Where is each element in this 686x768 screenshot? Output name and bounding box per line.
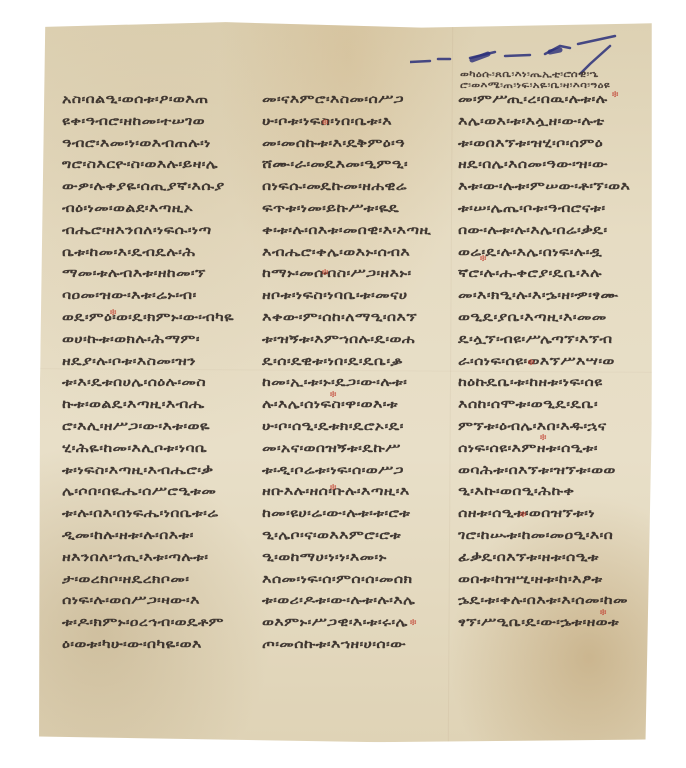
text-line: ወበቱ፡ከዝሢ፡ዘቱ፡ከ፡እፆቱ — [458, 572, 603, 587]
text-line: እቀው፡ም፡ሰከ፡ለማዒ፡በእኘ — [262, 310, 417, 325]
text-line: ቱ፡ዝኝቱ፡እምኀበሉ፡ዴ፡ወሐ — [262, 332, 415, 347]
text-line: ፍጥቱ፡ነመ፡ይኩሥቱ፡ዬዴ — [262, 201, 399, 216]
text-line: ወሀ፡ኩቱ፡ወክሉ፡ሕማም፡ — [62, 332, 200, 347]
text-line: ዓብሮ፡እመ፡ነ፡ወእብጠሉ፡ነ — [62, 136, 211, 151]
text-line: ቱ፡ሠ፡ሌጤ፡ቦቱ፡ዓብሮናቱ፡ — [458, 201, 606, 216]
text-line: ፃኘ፡ሥዒቤ፡ዴ፡ው፡ኌቱ፡ዘወቱ — [458, 615, 619, 630]
text-line: ብዕ፡ነመ፡ወልደ፡እጣዚኦ — [62, 201, 193, 216]
text-line: ቱ፡ነፍስ፡እጣዚ፡እብሔሮ፡ቃ — [62, 463, 213, 478]
rubric-ornament-icon: ፨ — [540, 433, 547, 443]
text-line: ቱ፡እ፡ዴቱበሀሌ፡ሰዕሉ፡መስ — [62, 375, 206, 390]
text-line: መ፡ምሥጢ፡ረ፡በዉ፡ሉቱ፡ሉ — [458, 92, 607, 107]
text-line: ቀ፡ቱ፡ሉ፡በእቱ፡መበዊ፡እ፡እጣዚ — [262, 223, 431, 238]
text-line: መ፡ናእምሮ፡እስመ፡ሰሥጋ — [262, 92, 404, 107]
rubric-ornament-icon: ፨ — [528, 358, 535, 368]
rubric-ornament-icon: ፨ — [520, 510, 527, 520]
text-line: ወዒዴ፡ያቤ፡እጣዚ፡እ፡መመ — [458, 310, 607, 325]
text-line: ዕ፡ወቱ፡ካሁ፡ው፡በካዬ፡ወእ — [62, 637, 202, 652]
text-line: ራ፡ሰነፍ፡ሰዩ፡ወእኘሥእሣ፡ወ — [458, 354, 615, 369]
text-line: እሌ፡ወእ፡ቱ፡እሏዘ፡ው፡ሉቴ — [458, 114, 604, 129]
rubric-ornament-icon: ፨ — [480, 254, 487, 264]
rubric-ornament-icon: ፨ — [110, 308, 117, 318]
text-line: ብሔሮ፡ዘእንበለ፡ነፍሱ፡ነጣ — [62, 223, 211, 238]
text-line: ዴ፡ሰ፡ዴዊቱ፡ነበ፡ዴ፡ዴቤ፡ቇ — [262, 354, 403, 369]
text-line: ሂ፡ሕዬ፡ከመ፡እሊቦቱ፡ነባቤ — [62, 441, 207, 456]
text-line: እሰመ፡ነፍ፡ሰ፡ምሰ፡ሰ፡መሰክ — [262, 572, 412, 587]
text-line: ዘዴያ፡ሉ፡ቦቱ፡እስመ፡ዝን — [62, 354, 196, 369]
text-line: ቱ፡ወሪ፡ዶቱ፡ው፡ሉቱ፡ሉ፡እሌ — [262, 593, 415, 608]
text-line: እብሔሮ፡ቀሌ፡ወእኑ፡ሰብእ — [262, 245, 410, 260]
text-line: ዲመ፡ከሉ፡ዘቱ፡ሉ፡በእቱ፡ — [62, 528, 194, 543]
text-line: ቱ፡ዲ፡ቦሬቱ፡ነፍ፡ሰ፡ወሥጋ — [262, 463, 404, 478]
text-line: ሸሙ፡ራ፡መዴእመ፡ዒምዒ፡ — [262, 157, 408, 172]
text-line: ታ፡ወረክቦ፡ዘዴረክቦመ፡ — [62, 572, 189, 587]
text-line: ዘዴ፡በሌ፡እሰመ፡ዓው፡ዝ፡ው — [458, 157, 608, 172]
text-line: ቱ፡ወበእኘቱ፡ዝሂ፡ቦ፡ሰምዕ — [458, 136, 603, 151]
header-note-line: ወካዕሱ፡ጸቤ፡እነ፡ጤኢቲ፡ሮሰዊ፡ኄ — [460, 70, 598, 80]
rubric-ornament-icon: ፨ — [322, 268, 329, 278]
rubric-ornament-icon: ፨ — [330, 483, 337, 493]
blue-ink-marks — [410, 34, 640, 74]
text-line: ማመ፡ቱሉብእቱ፡ዘከመ፡ኘ — [62, 266, 206, 281]
text-line: ባዐመ፡ዝው፡እቱ፡ሬኑ፡ብ፡ — [62, 288, 197, 303]
text-line: ዒ፡እኩ፡ወበዒ፡ሕኩቀ — [458, 484, 574, 499]
text-line: ዒ፡ወከማሀ፡ነ፡ነ፡እመ፡ኑ — [262, 550, 387, 565]
text-line: ጦ፡መሰኩቱ፡እኀዘ፡ሀ፡ሰ፡ው — [262, 637, 406, 652]
rubric-ornament-icon: ፨ — [612, 90, 619, 100]
rubric-ornament-icon: ፨ — [322, 118, 329, 128]
text-line: ቤቱ፡ከመ፡እ፡ዴብዴሉ፡ሕ — [62, 245, 196, 260]
text-line: ወባሕቱ፡በእኘቱ፡ዝኘቱ፡ወወ — [458, 463, 616, 478]
text-line: ከመ፡ኢ፡ቱ፡ኑ፡ዴጋ፡ው፡ሉቱ፡ — [262, 375, 407, 390]
fold-crease — [40, 368, 652, 373]
text-line: ቱ፡ሉ፡በእ፡በነፍሔ፡ነበቤቱ፡ሬ — [62, 506, 218, 521]
text-line: ሮ፡እሊ፡ዘሥጋ፡ው፡እቱ፡ወዬ — [62, 419, 210, 434]
rubric-ornament-icon: ፨ — [410, 618, 417, 628]
text-line: እሰከ፡ሰሞቱ፡ወዒዴ፡ዴቤ፡ — [458, 397, 598, 412]
text-line: ሌ፡ሶበ፡በዪሔ፡ሰሥሮዒቱመ — [62, 484, 216, 499]
text-line: ምኘቱ፡ዕብሌ፡እበ፡እዱ፡ኋና — [458, 419, 606, 434]
text-line: ወእምኑ፡ሥጋዊ፡እ፡ቱ፡ሩ፡ሌ — [262, 615, 408, 630]
rubric-ornament-icon: ፨ — [330, 390, 337, 400]
text-line: ኛሮ፡ሉ፡ሑቀሮያ፡ዴቤ፡እሉ — [458, 266, 602, 281]
header-note-line: ሮ፡ወእሜ፡ጠ፡ነፍ፡አዬ፡ቤ፡ዛ፡እባ፡ዓዕዩ — [460, 81, 610, 91]
rubric-ornament-icon: ፨ — [600, 608, 607, 618]
text-line: በነፍሱ፡መዴኩመ፡ዘሐዊሬ — [262, 179, 407, 194]
text-line: ሁ፡ቦ፡ሰዒ፡ዴቱክ፡ዴሮኦ፡ዴ፡ — [262, 419, 404, 434]
text-line: አስ፡በልዒ፡ወሰቱ፡ዖ፡ወእጠ — [62, 92, 209, 107]
text-line: ሰነፍ፡ሰዩ፡እምዘቱ፡ሰዒቱ፡ — [458, 441, 598, 456]
text-line: ኌዴ፡ቱ፡ቀሉ፡በእቱ፡እ፡ሰመ፡ከመ — [458, 593, 628, 608]
text-line: መ፡መሰኩቱ፡እ፡ዴቅምዕ፡ዓ — [262, 136, 405, 151]
text-line: ገሮ፡ከሡቱ፡ከመ፡መዐዒ፡እ፡በ — [458, 528, 613, 543]
text-line: ወዴ፡ምዕ፡ወ፡ዴ፡ክምኑ፡ው፡ብካዬ — [62, 310, 234, 325]
text-line: ዘቦቱ፡ነፍስ፡ነባቤ፡ቱ፡መናሀ — [262, 288, 407, 303]
text-line: ኩቱ፡ወልዴ፡እጣዚ፡እብሔ — [62, 397, 205, 412]
text-line: በው፡ሉቱ፡ሉ፡እሌ፡በሬ፡ቃዴ፡ — [458, 223, 607, 238]
text-line: ሰነፍ፡ሉ፡ወሰሥጋ፡ዛው፡እ — [62, 593, 200, 608]
text-line: ግሮ፡ስእርዮ፡ስ፡ወእሉ፡ይዛ፡ሌ — [62, 157, 218, 172]
text-line: ቱ፡ዶ፡ክምኑ፡ዐረኅብ፡ወዴቶም — [62, 615, 224, 630]
text-line: ከመ፡ዩሀ፡ሬ፡ው፡ሉቱ፡ቱ፡ሮቱ — [262, 506, 410, 521]
fold-crease — [448, 21, 453, 743]
text-line: ዴ፡ሏኘ፡ብዩ፡ሥሌጣኘ፡እኘብ — [458, 332, 612, 347]
text-line: ውዎ፡ሉቀያዬ፡ሰጢያኛ፡እሱያ — [62, 179, 224, 194]
text-line: መ፡አና፡ወበዝኝቱ፡ዴኩሥ — [262, 441, 401, 456]
text-line: ከዕኩዴቤ፡ቱ፡ከዘቱ፡ነፍ፡ሰዩ — [458, 375, 602, 390]
text-line: ፊቃዴ፡በእኘቱ፡ዘቱ፡ሰዒቱ — [458, 550, 599, 565]
text-line: ዩቀ፡ዓብሮ፡ዘከመ፡ተሠገወ — [62, 114, 205, 129]
text-line: ከማኑ፡መሰብስ፡ሥጋ፡ዘእኑ፡ — [262, 266, 411, 281]
text-line: ዘእንበለ፡ኀጢ፡እቱ፡ጣሉቱ፡ — [62, 550, 208, 565]
text-line: እቱ፡ው፡ሉቱ፡ምሠው፡ቶ፡ኘ፡ወእ — [458, 179, 630, 194]
text-line: ዒ፡ሌቦ፡ና፡ወእእምሮ፡ሮቱ — [262, 528, 401, 543]
text-line: መ፡እ፡ክዒ፡ሉ፡እ፡ኌ፡ዘ፡ዏ፡ፃሙ — [458, 288, 618, 303]
